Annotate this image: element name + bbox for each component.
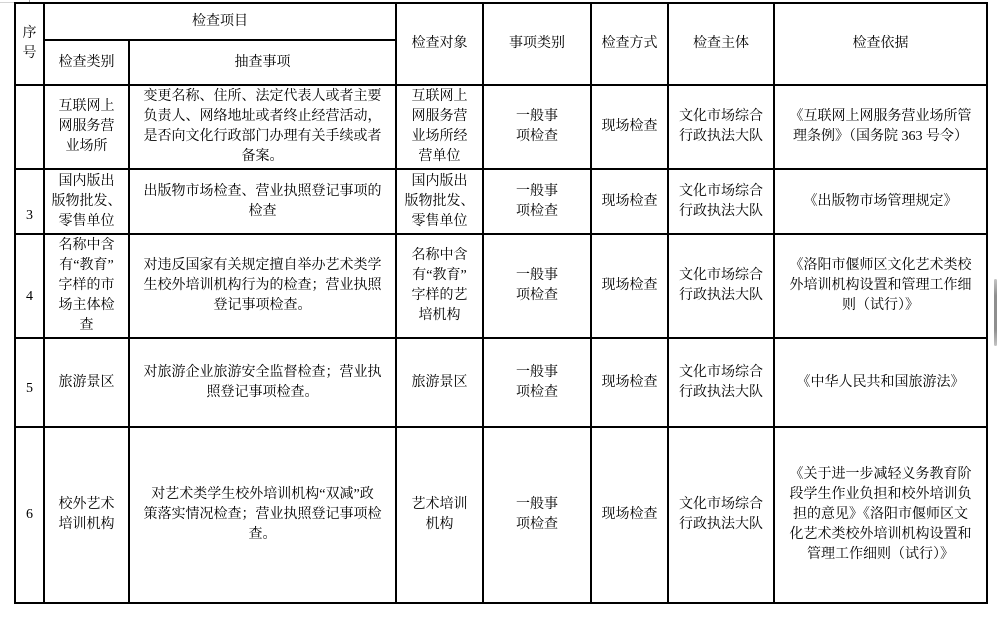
cell-method: 现场检查	[591, 234, 668, 338]
cell-method: 现场检查	[591, 85, 668, 169]
header-target: 检查对象	[396, 3, 483, 85]
cell-item-type: 一般事 项检查	[483, 169, 591, 234]
cell-serial: 6	[15, 427, 44, 603]
cell-serial: 5	[15, 338, 44, 427]
cell-item-type: 一般事 项检查	[483, 85, 591, 169]
cell-category: 互联网上 网服务营 业场所	[44, 85, 129, 169]
crop-artifact-line	[0, 2, 14, 3]
cell-spot-item: 对违反国家有关规定擅自举办艺术类学 生校外培训机构行为的检查；营业执照 登记事项…	[129, 234, 396, 338]
cell-subject: 文化市场综合 行政执法大队	[668, 234, 774, 338]
cell-category: 校外艺术 培训机构	[44, 427, 129, 603]
cell-spot-item: 对旅游企业旅游安全监督检查；营业执 照登记事项检查。	[129, 338, 396, 427]
header-subject: 检查主体	[668, 3, 774, 85]
cell-spot-item: 对艺术类学生校外培训机构“双减”政 策落实情况检查；营业执照登记事项检 查。	[129, 427, 396, 603]
header-item-type: 事项类别	[483, 3, 591, 85]
table-row: 5 旅游景区 对旅游企业旅游安全监督检查；营业执 照登记事项检查。 旅游景区 一…	[15, 338, 987, 427]
cell-target: 国内版出 版物批发、 零售单位	[396, 169, 483, 234]
cell-category: 名称中含 有“教育” 字样的市 场主体检 查	[44, 234, 129, 338]
table-row: 3 国内版出 版物批发、 零售单位 出版物市场检查、营业执照登记事项的 检查 国…	[15, 169, 987, 234]
cell-subject: 文化市场综合 行政执法大队	[668, 427, 774, 603]
cell-method: 现场检查	[591, 427, 668, 603]
cell-target: 互联网上 网服务营 业场所经 营单位	[396, 85, 483, 169]
cell-basis: 《中华人民共和国旅游法》	[774, 338, 987, 427]
header-project-group: 检查项目	[44, 3, 396, 40]
cell-method: 现场检查	[591, 169, 668, 234]
table-row: 互联网上 网服务营 业场所 变更名称、住所、法定代表人或者主要 负责人、网络地址…	[15, 85, 987, 169]
cell-serial	[15, 85, 44, 169]
cell-subject: 文化市场综合 行政执法大队	[668, 338, 774, 427]
cell-spot-item: 变更名称、住所、法定代表人或者主要 负责人、网络地址或者终止经营活动， 是否向文…	[129, 85, 396, 169]
cell-item-type: 一般事 项检查	[483, 234, 591, 338]
header-spot-item: 抽查事项	[129, 40, 396, 85]
header-basis: 检查依据	[774, 3, 987, 85]
inspection-table: 序 号 检查项目 检查对象 事项类别 检查方式 检查主体 检查依据 检查类别 抽…	[14, 2, 988, 604]
header-method: 检查方式	[591, 3, 668, 85]
cell-spot-item: 出版物市场检查、营业执照登记事项的 检查	[129, 169, 396, 234]
document-page: 序 号 检查项目 检查对象 事项类别 检查方式 检查主体 检查依据 检查类别 抽…	[0, 0, 999, 630]
cell-basis: 《互联网上网服务营业场所管 理条例》（国务院 363 号令）	[774, 85, 987, 169]
cell-basis: 《关于进一步减轻义务教育阶 段学生作业负担和校外培训负 担的意见》《洛阳市偃师区…	[774, 427, 987, 603]
table-row: 4 名称中含 有“教育” 字样的市 场主体检 查 对违反国家有关规定擅自举办艺术…	[15, 234, 987, 338]
cell-basis: 《洛阳市偃师区文化艺术类校 外培训机构设置和管理工作细 则（试行）》	[774, 234, 987, 338]
header-row-top: 序 号 检查项目 检查对象 事项类别 检查方式 检查主体 检查依据	[15, 3, 987, 40]
cell-target: 名称中含 有“教育” 字样的艺 培机构	[396, 234, 483, 338]
cell-category: 国内版出 版物批发、 零售单位	[44, 169, 129, 234]
cell-basis: 《出版物市场管理规定》	[774, 169, 987, 234]
cell-item-type: 一般事 项检查	[483, 338, 591, 427]
header-serial: 序 号	[15, 3, 44, 85]
cell-serial: 4	[15, 234, 44, 338]
cell-serial: 3	[15, 169, 44, 234]
scrollbar-thumb[interactable]	[994, 279, 997, 346]
cell-category: 旅游景区	[44, 338, 129, 427]
cell-subject: 文化市场综合 行政执法大队	[668, 169, 774, 234]
table-row: 6 校外艺术 培训机构 对艺术类学生校外培训机构“双减”政 策落实情况检查；营业…	[15, 427, 987, 603]
cell-item-type: 一般事 项检查	[483, 427, 591, 603]
cell-subject: 文化市场综合 行政执法大队	[668, 85, 774, 169]
cell-method: 现场检查	[591, 338, 668, 427]
header-category: 检查类别	[44, 40, 129, 85]
cell-target: 旅游景区	[396, 338, 483, 427]
cell-target: 艺术培训 机构	[396, 427, 483, 603]
